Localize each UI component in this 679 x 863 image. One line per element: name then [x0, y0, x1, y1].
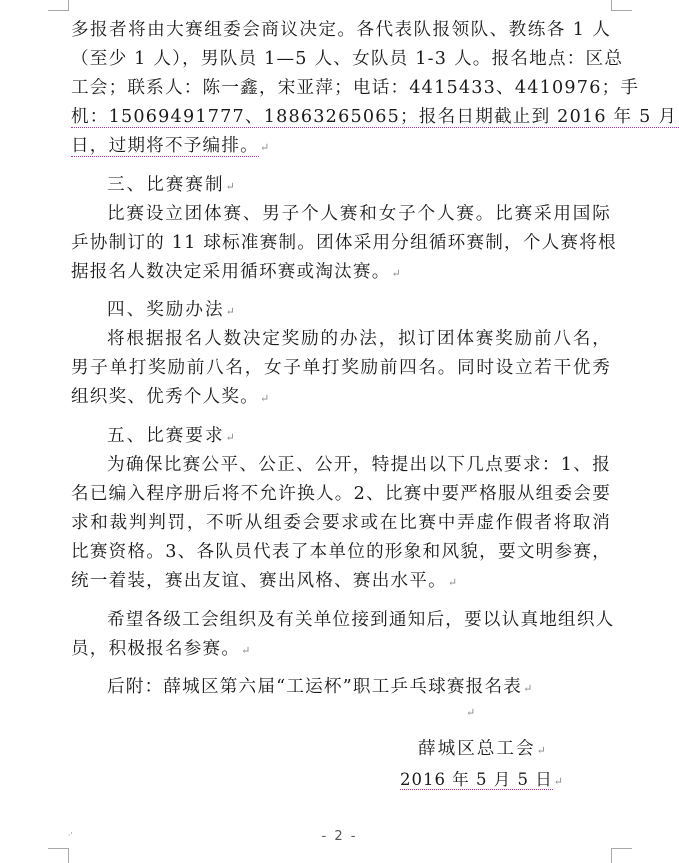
- body-text: 希望各级工会组织及有关单位接到通知后，要以认真地组织人: [107, 610, 614, 630]
- paragraph-mark-icon: ↵: [448, 576, 457, 589]
- body-text: 比赛设立团体赛、男子个人赛和女子个人赛。比赛采用国际: [107, 204, 611, 224]
- paragraph-mark-icon: ↵: [537, 744, 546, 757]
- attachment-line[interactable]: 后附：薛城区第六届“工运杯”职工乒乓球赛报名表↵: [107, 676, 611, 698]
- body-text: 乒协制订的 11 球标准赛制。团体采用分组循环赛制，个人赛将根: [71, 233, 617, 253]
- section-heading-5[interactable]: 五、比赛要求↵: [107, 425, 647, 447]
- body-text: 机：15069491777、18863265065；报名日期截止到 2016 年…: [71, 107, 679, 128]
- body-line[interactable]: 日，过期将不予编排。↵: [71, 135, 611, 157]
- body-text: 求和裁判判罚，不听从组委会要求或在比赛中弄虚作假者将取消: [71, 513, 611, 533]
- paragraph-mark-icon: ↵: [226, 180, 235, 193]
- signature-text: 薛城区总工会: [418, 739, 536, 759]
- body-line[interactable]: 比赛设立团体赛、男子个人赛和女子个人赛。比赛采用国际: [107, 203, 611, 225]
- document-page: 多报者将由大赛组委会商议决定。各代表队报领队、教练各 1 人 （至少 1 人），…: [0, 0, 679, 863]
- body-line[interactable]: （至少 1 人），男队员 1—5 人、女队员 1-3 人。报名地点：区总: [71, 48, 611, 70]
- body-line[interactable]: 求和裁判判罚，不听从组委会要求或在比赛中弄虚作假者将取消: [71, 512, 611, 534]
- heading-text: 四、奖励办法: [107, 300, 225, 320]
- heading-text: 五、比赛要求: [107, 426, 225, 446]
- section-heading-4[interactable]: 四、奖励办法↵: [107, 299, 647, 321]
- paragraph-mark-icon: ↵: [226, 305, 235, 318]
- body-text: 工会；联系人：陈一鑫，宋亚萍；电话：4415433、4410976；手: [71, 78, 639, 98]
- body-line[interactable]: 希望各级工会组织及有关单位接到通知后，要以认真地组织人: [107, 609, 611, 631]
- paragraph-mark-icon: ↵: [466, 706, 475, 719]
- heading-text: 三、比赛赛制: [107, 175, 225, 195]
- paragraph-mark-icon: ↵: [392, 267, 401, 280]
- body-line[interactable]: 乒协制订的 11 球标准赛制。团体采用分组循环赛制，个人赛将根: [71, 232, 611, 254]
- paragraph-mark-icon: ↵: [241, 644, 250, 657]
- crop-mark-top-right: [611, 0, 632, 11]
- body-line[interactable]: 比赛资格。3、各队员代表了本单位的形象和风貌，要文明参赛，: [71, 541, 611, 563]
- date-text: 2016 年 5 月 5 日: [400, 770, 553, 790]
- crop-mark-bottom-right: [611, 848, 632, 863]
- paragraph-mark-icon: ↵: [226, 431, 235, 444]
- crop-mark-top-left: [48, 0, 69, 11]
- attachment-text: 后附：薛城区第六届“工运杯”职工乒乓球赛报名表: [107, 677, 522, 697]
- body-line[interactable]: 据报名人数决定采用循环赛或淘汰赛。↵: [71, 261, 611, 283]
- body-text: 员，积极报名参赛。: [71, 639, 240, 659]
- body-text: 名已编入程序册后将不允许换人。2、比赛中要严格服从组委会要: [71, 484, 611, 504]
- date-line[interactable]: 2016 年 5 月 5 日↵: [400, 766, 563, 790]
- body-text: 据报名人数决定采用循环赛或淘汰赛。: [71, 262, 391, 282]
- signature-line[interactable]: 薛城区总工会↵: [418, 735, 546, 760]
- body-text: （至少 1 人），男队员 1—5 人、女队员 1-3 人。报名地点：区总: [71, 49, 623, 69]
- body-text: 统一着装，赛出友谊、赛出风格、赛出水平。: [71, 571, 447, 591]
- page-number: - 2 -: [0, 829, 679, 844]
- body-text: 日，过期将不予编排。: [71, 136, 259, 157]
- paragraph-mark-icon: ↵: [260, 141, 269, 154]
- body-line[interactable]: 组织奖、优秀个人奖。↵: [71, 386, 611, 408]
- body-text: 将根据报名人数决定奖励的办法，拟订团体赛奖励前八名，: [107, 329, 611, 349]
- body-line[interactable]: 机：15069491777、18863265065；报名日期截止到 2016 年…: [71, 106, 611, 128]
- body-line[interactable]: 工会；联系人：陈一鑫，宋亚萍；电话：4415433、4410976；手: [71, 77, 611, 99]
- body-line[interactable]: 名已编入程序册后将不允许换人。2、比赛中要严格服从组委会要: [71, 483, 611, 505]
- paragraph-mark-icon: ↵: [260, 392, 269, 405]
- section-heading-3[interactable]: 三、比赛赛制↵: [107, 174, 647, 196]
- body-line[interactable]: 统一着装，赛出友谊、赛出风格、赛出水平。↵: [71, 570, 611, 592]
- body-text: 组织奖、优秀个人奖。: [71, 387, 259, 407]
- body-text: 为确保比赛公平、公正、公开，特提出以下几点要求：1、报: [107, 455, 611, 475]
- body-text: 比赛资格。3、各队员代表了本单位的形象和风貌，要文明参赛，: [71, 542, 611, 562]
- paragraph-mark-icon: ↵: [523, 682, 532, 695]
- body-line[interactable]: 员，积极报名参赛。↵: [71, 638, 611, 660]
- body-line[interactable]: 为确保比赛公平、公正、公开，特提出以下几点要求：1、报: [107, 454, 611, 476]
- crop-mark-bottom-left: [48, 848, 69, 863]
- body-line[interactable]: 多报者将由大赛组委会商议决定。各代表队报领队、教练各 1 人: [71, 19, 611, 41]
- body-text: 男子单打奖励前八名，女子单打奖励前四名。同时设立若干优秀: [71, 358, 611, 378]
- body-line[interactable]: 将根据报名人数决定奖励的办法，拟订团体赛奖励前八名，: [107, 328, 611, 350]
- body-text: 多报者将由大赛组委会商议决定。各代表队报领队、教练各 1 人: [71, 20, 611, 40]
- body-line[interactable]: 男子单打奖励前八名，女子单打奖励前四名。同时设立若干优秀: [71, 357, 611, 379]
- paragraph-mark-icon: ↵: [554, 775, 563, 788]
